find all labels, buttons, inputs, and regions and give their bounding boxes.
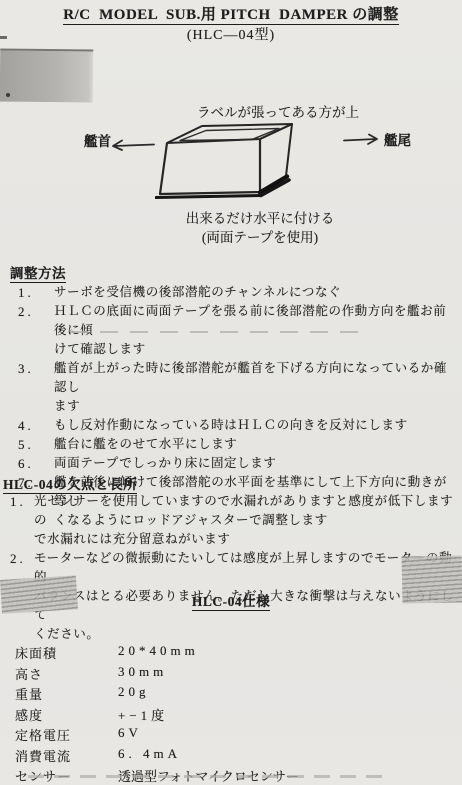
title-row: R/C MODEL SUB.用 PITCH DAMPER の調整 (0, 3, 462, 24)
spec-label: 定格電圧 (15, 725, 118, 744)
spec-value: 20g (118, 684, 150, 700)
spec-row: 消費電流 6. 4mA (15, 746, 455, 767)
spec-label: 高さ (15, 664, 118, 683)
scan-mark (0, 36, 7, 39)
item-number: 5. (18, 435, 54, 454)
item-number: 2. (18, 302, 54, 321)
specs-heading: HLC-04仕様 (192, 594, 270, 611)
item-text: 艦台に艦をのせて水平にします (54, 435, 237, 454)
pros-cons-heading: HLC-04の欠点と長所 (3, 473, 137, 494)
bow-label: 艦首 (84, 130, 111, 150)
item-text: 両面テープでしっかり床に固定します (54, 454, 276, 473)
diagram-caption-1: 出来るだけ水平に付ける (140, 207, 380, 228)
item-text: もし反対作動になっている時はＨＬＣの向きを反対にします (54, 416, 408, 435)
item-text: 光センサーを使用していますので水漏れがありますと感度が低下しますの で水漏れには… (34, 492, 458, 549)
damper-box-diagram (155, 118, 300, 203)
scan-smudge-top-left (0, 49, 93, 103)
pros-cons-item: 1. 光センサーを使用していますので水漏れがありますと感度が低下しますの で水漏… (10, 492, 458, 549)
spec-value: 6. 4mA (118, 746, 181, 762)
subtitle-row: (HLC—04型) (0, 24, 462, 44)
adjustment-item: 1. サーボを受信機の後部潜舵のチャンネルにつなぐ (18, 283, 454, 302)
scan-streak (70, 331, 370, 333)
adjustment-item: 3. 艦首が上がった時に後部潜舵が艦首を下げる方向になっているか確認し ます (18, 359, 454, 416)
spec-value: +−1度 (118, 705, 168, 724)
scanned-document-page: R/C MODEL SUB.用 PITCH DAMPER の調整 (HLC—04… (0, 0, 462, 785)
item-number: 1. (18, 283, 54, 302)
spec-value: 30mm (118, 664, 167, 680)
stern-arrow-icon (342, 132, 382, 146)
spec-row: 定格電圧 6V (15, 725, 455, 746)
adjustment-item: 5. 艦台に艦をのせて水平にします (18, 435, 454, 454)
spec-row: 床面積 20*40mm (15, 643, 455, 664)
spec-label: 感度 (15, 705, 118, 724)
scan-dot (6, 93, 10, 97)
item-number: 2. (10, 549, 34, 568)
diagram-caption-2: (両面テープを使用) (140, 226, 380, 247)
bow-arrow-icon (108, 137, 156, 151)
item-number: 3. (18, 359, 54, 378)
adjustment-item: 4. もし反対作動になっている時はＨＬＣの向きを反対にします (18, 416, 454, 435)
item-number: 1. (10, 492, 34, 511)
spec-label: 床面積 (15, 643, 118, 662)
spec-row: 重量 20g (15, 684, 455, 705)
spec-value: 6V (118, 725, 142, 741)
spec-row: 感度 +−1度 (15, 705, 455, 726)
spec-label: 消費電流 (15, 746, 118, 765)
specs-heading-row: HLC-04仕様 (0, 590, 462, 611)
scan-strip-bottom (28, 775, 388, 778)
page-title: R/C MODEL SUB.用 PITCH DAMPER の調整 (63, 7, 398, 25)
spec-value: 20*40mm (118, 643, 199, 659)
page-subtitle: (HLC—04型) (187, 28, 275, 43)
stern-label: 艦尾 (384, 129, 411, 149)
adjustment-item: 6. 両面テープでしっかり床に固定します (18, 454, 454, 473)
item-number: 6. (18, 454, 54, 473)
spec-row: 高さ 30mm (15, 664, 455, 685)
spec-label: 重量 (15, 684, 118, 703)
pros-cons-list: 1. 光センサーを使用していますので水漏れがありますと感度が低下しますの で水漏… (10, 492, 458, 644)
item-number: 4. (18, 416, 54, 435)
adjustment-heading: 調整方法 (10, 262, 66, 283)
specs-table: 床面積 20*40mm 高さ 30mm 重量 20g 感度 +−1度 定格電圧 … (15, 643, 455, 785)
item-text: 艦首が上がった時に後部潜舵が艦首を下げる方向になっているか確認し ます (54, 359, 454, 416)
item-text: サーボを受信機の後部潜舵のチャンネルにつなぐ (54, 283, 341, 302)
